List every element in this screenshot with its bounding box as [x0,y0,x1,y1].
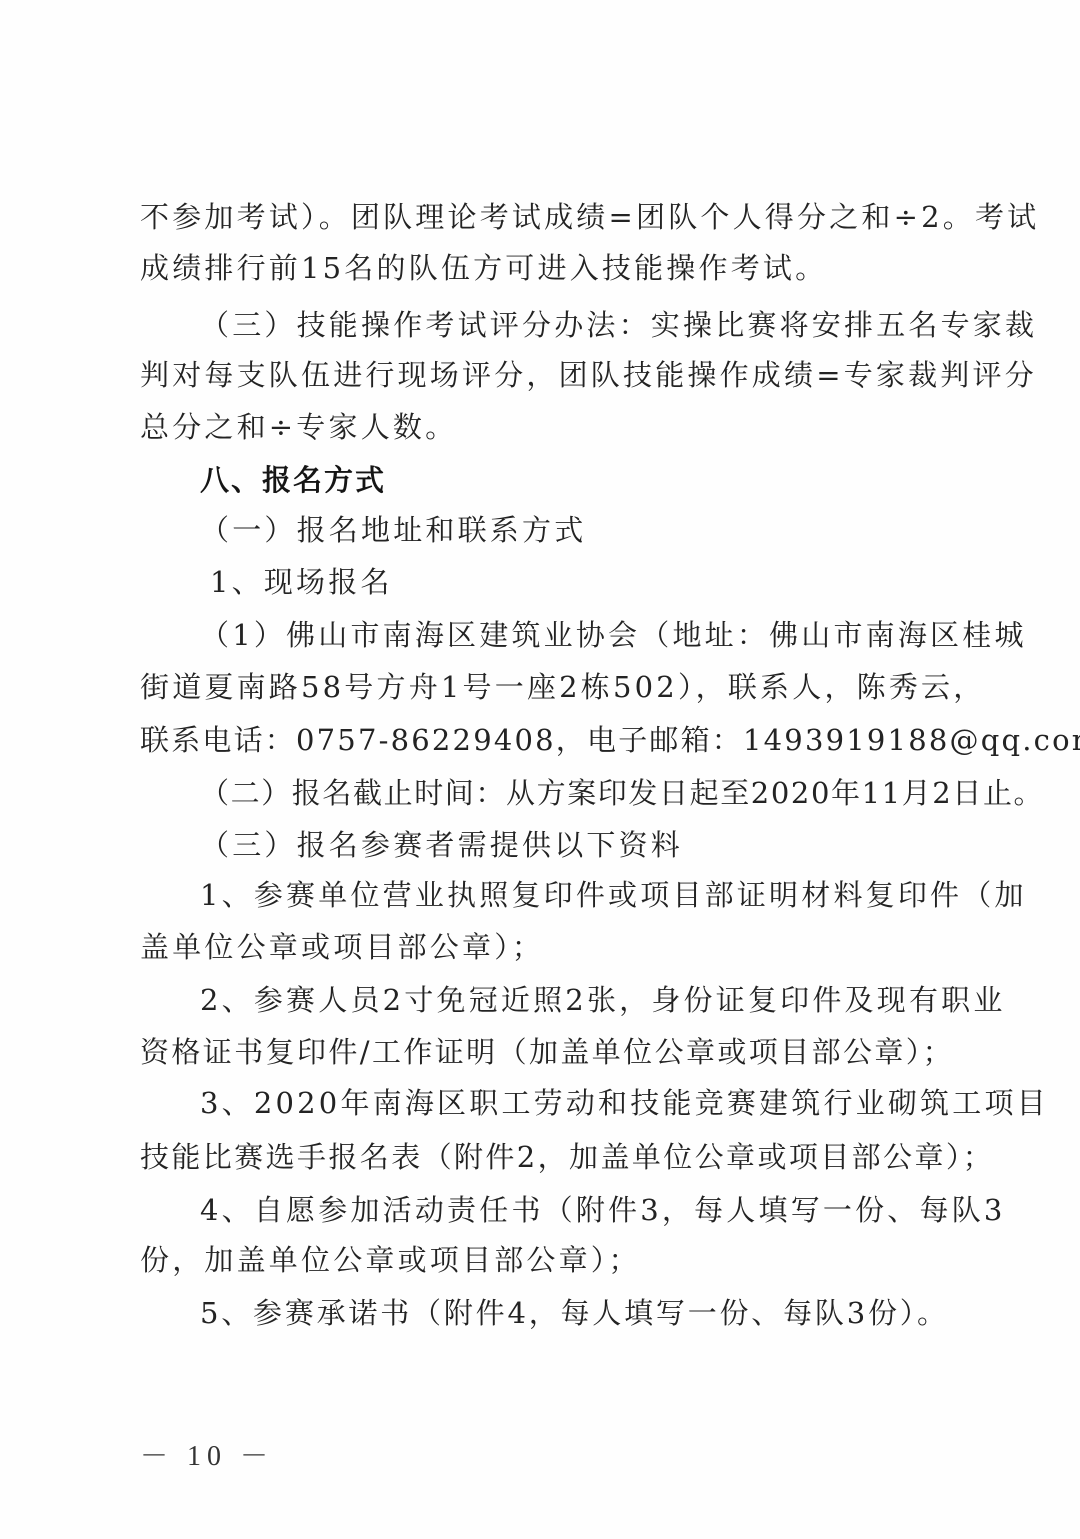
list-item-continuation: 资格证书复印件/工作证明（加盖单位公章或项目部公章）； [140,1034,960,1070]
section-heading-registration: 八、报名方式 [200,462,1020,498]
paragraph-line: 不参加考试）。团队理论考试成绩=团队个人得分之和÷2。考试 [140,199,960,235]
section-scoring-method-line: （三）技能操作考试评分办法：实操比赛将安排五名专家裁 [200,307,960,343]
list-item: 2、参赛人员2寸免冠近照2张，身份证复印件及现有职业 [200,982,960,1018]
subsection-deadline: （二）报名截止时间：从方案印发日起至2020年11月2日止。 [200,775,1020,811]
list-item: 4、自愿参加活动责任书（附件3，每人填写一份、每队3 [200,1192,945,1228]
list-item-continuation: 技能比赛选手报名表（附件2，加盖单位公章或项目部公章）； [140,1139,960,1175]
contact-line: 联系电话：0757-86229408，电子邮箱：1493919188@qq.co… [140,722,960,758]
paragraph-line: 街道夏南路58号方舟1号一座2栋502），联系人，陈秀云， [140,669,950,705]
list-item: 5、参赛承诺书（附件4，每人填写一份、每队3份）。 [200,1295,1020,1331]
list-item-continuation: 份，加盖单位公章或项目部公章）； [140,1242,960,1278]
document-page: 不参加考试）。团队理论考试成绩=团队个人得分之和÷2。考试 成绩排行前15名的队… [0,0,1080,1539]
subsection-required-materials: （三）报名参赛者需提供以下资料 [200,827,1020,863]
list-item: 3、2020年南海区职工劳动和技能竞赛建筑行业砌筑工项目 [200,1085,960,1121]
page-number: － 10 － [140,1440,274,1474]
list-item-continuation: 盖单位公章或项目部公章）； [140,929,960,965]
paragraph-line: 成绩排行前15名的队伍方可进入技能操作考试。 [140,250,960,286]
paragraph-line: 判对每支队伍进行现场评分，团队技能操作成绩=专家裁判评分 [140,357,960,393]
paragraph-line: 总分之和÷专家人数。 [140,409,960,445]
item-heading-onsite-registration: 1、现场报名 [210,564,1030,600]
list-item: 1、参赛单位营业执照复印件或项目部证明材料复印件（加 [200,877,960,913]
paragraph-line: （1）佛山市南海区建筑业协会（地址：佛山市南海区桂城 [200,617,960,653]
subsection-heading-address-contact: （一）报名地址和联系方式 [200,512,1020,548]
